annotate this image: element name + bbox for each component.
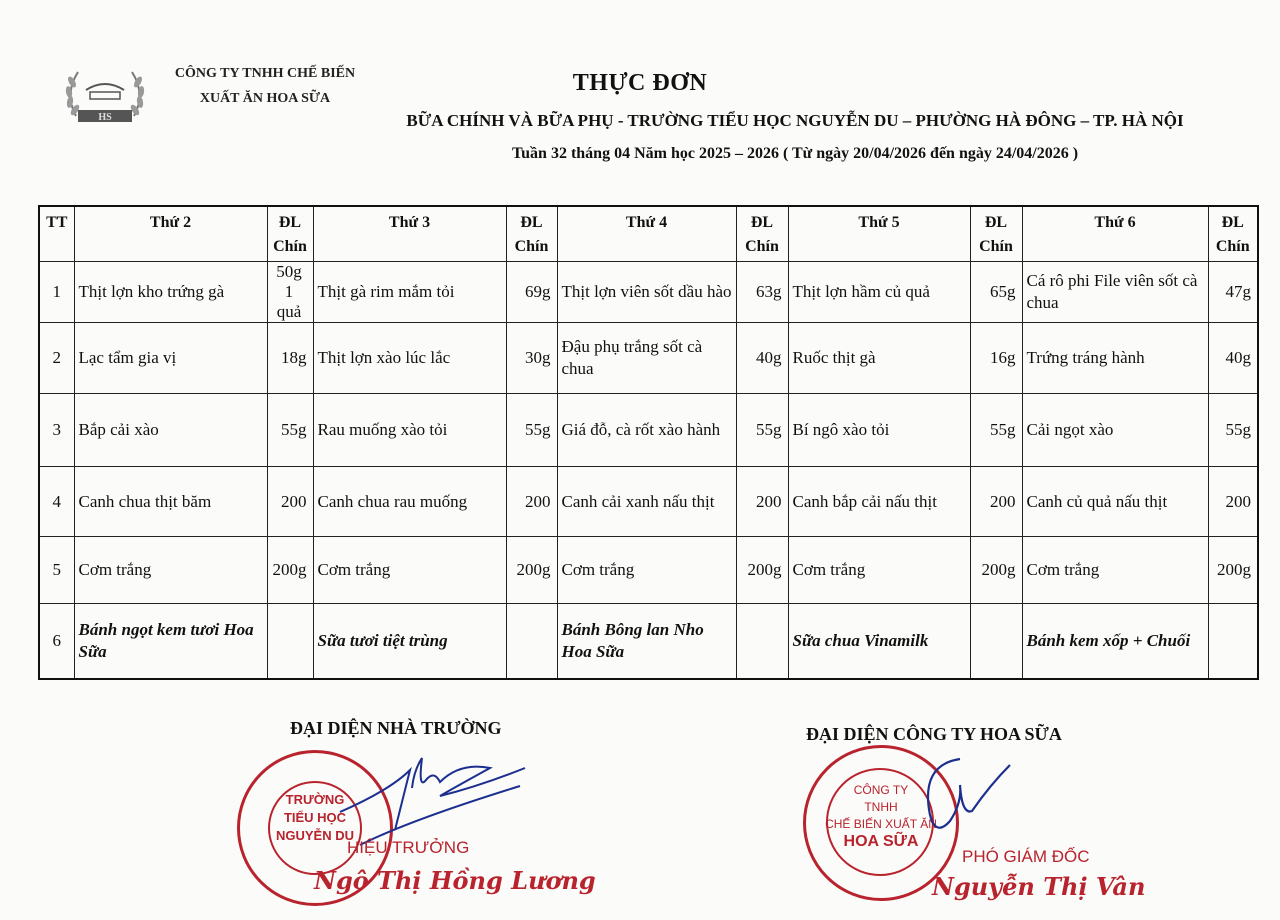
school-signer-name: Ngô Thị Hồng Lương [314, 866, 596, 895]
company-logo: HS [62, 64, 148, 132]
dish-cell: Cơm trắng [313, 537, 506, 604]
dish-cell: Thịt lợn viên sốt dầu hào [557, 262, 736, 323]
table-row: 4Canh chua thịt băm200Canh chua rau muốn… [39, 467, 1258, 537]
dish-cell: Thịt lợn hầm củ quả [788, 262, 970, 323]
row-number: 3 [39, 394, 74, 467]
column-header-day: Thứ 6 [1022, 206, 1208, 262]
quantity-cell: 50g1 quả [267, 262, 313, 323]
quantity-cell [970, 604, 1022, 680]
column-header-qty: ĐLChín [970, 206, 1022, 262]
table-row: 3Bắp cải xào55gRau muống xào tỏi55gGiá đ… [39, 394, 1258, 467]
dish-cell: Giá đỗ, cà rốt xào hành [557, 394, 736, 467]
quantity-cell: 63g [736, 262, 788, 323]
quantity-cell: 55g [267, 394, 313, 467]
quantity-cell: 40g [1208, 323, 1258, 394]
quantity-cell: 200 [1208, 467, 1258, 537]
quantity-cell [267, 604, 313, 680]
quantity-cell [506, 604, 557, 680]
table-row: 5Cơm trắng200gCơm trắng200gCơm trắng200g… [39, 537, 1258, 604]
quantity-cell: 200g [506, 537, 557, 604]
column-header-day: Thứ 5 [788, 206, 970, 262]
company-signer-role: PHÓ GIÁM ĐỐC [962, 847, 1090, 867]
quantity-cell: 200g [267, 537, 313, 604]
row-number: 2 [39, 323, 74, 394]
dish-cell: Sữa chua Vinamilk [788, 604, 970, 680]
quantity-cell: 200 [267, 467, 313, 537]
row-number: 6 [39, 604, 74, 680]
dish-cell: Thịt lợn kho trứng gà [74, 262, 267, 323]
table-row: 2Lạc tẩm gia vị18gThịt lợn xào lúc lắc30… [39, 323, 1258, 394]
menu-table: TT Thứ 2 ĐLChín Thứ 3 ĐLChín Thứ 4 ĐLChí… [38, 205, 1259, 680]
dish-cell: Canh chua thịt băm [74, 467, 267, 537]
quantity-cell: 69g [506, 262, 557, 323]
dish-cell: Canh chua rau muống [313, 467, 506, 537]
quantity-cell [736, 604, 788, 680]
company-signer-name: Nguyễn Thị Vân [932, 872, 1145, 901]
company-name-line-1: CÔNG TY TNHH CHẾ BIẾN [160, 66, 370, 82]
dish-cell: Bánh Bông lan Nho Hoa Sữa [557, 604, 736, 680]
column-header-day: Thứ 4 [557, 206, 736, 262]
column-header-qty: ĐLChín [267, 206, 313, 262]
document-title: THỰC ĐƠN [490, 70, 790, 97]
company-name-line-2: XUẤT ĂN HOA SỮA [160, 91, 370, 107]
company-representative-title: ĐẠI DIỆN CÔNG TY HOA SỮA [806, 724, 1062, 745]
dish-cell: Sữa tươi tiệt trùng [313, 604, 506, 680]
table-row: 1Thịt lợn kho trứng gà50g1 quảThịt gà ri… [39, 262, 1258, 323]
dish-cell: Trứng tráng hành [1022, 323, 1208, 394]
quantity-cell: 55g [506, 394, 557, 467]
dish-cell: Đậu phụ trắng sốt cà chua [557, 323, 736, 394]
quantity-cell: 30g [506, 323, 557, 394]
dish-cell: Cải ngọt xào [1022, 394, 1208, 467]
column-header-qty: ĐLChín [1208, 206, 1258, 262]
dish-cell: Cơm trắng [1022, 537, 1208, 604]
quantity-cell: 40g [736, 323, 788, 394]
row-number: 4 [39, 467, 74, 537]
row-number: 5 [39, 537, 74, 604]
column-header-day: Thứ 2 [74, 206, 267, 262]
dish-cell: Bí ngô xào tỏi [788, 394, 970, 467]
quantity-cell: 47g [1208, 262, 1258, 323]
week-date-range: Tuần 32 tháng 04 Năm học 2025 – 2026 ( T… [330, 145, 1260, 163]
dish-cell: Ruốc thịt gà [788, 323, 970, 394]
column-header-tt: TT [39, 206, 74, 262]
school-representative-title: ĐẠI DIỆN NHÀ TRƯỜNG [290, 718, 502, 739]
column-header-day: Thứ 3 [313, 206, 506, 262]
quantity-cell: 55g [1208, 394, 1258, 467]
quantity-cell: 200 [736, 467, 788, 537]
dish-cell: Lạc tẩm gia vị [74, 323, 267, 394]
quantity-cell: 200 [970, 467, 1022, 537]
quantity-cell: 200g [1208, 537, 1258, 604]
dish-cell: Cơm trắng [74, 537, 267, 604]
quantity-cell [1208, 604, 1258, 680]
dish-cell: Bánh ngọt kem tươi Hoa Sữa [74, 604, 267, 680]
school-signer-role: HIỆU TRƯỞNG [347, 838, 469, 858]
quantity-cell: 18g [267, 323, 313, 394]
column-header-qty: ĐLChín [736, 206, 788, 262]
quantity-cell: 200g [736, 537, 788, 604]
dish-cell: Thịt lợn xào lúc lắc [313, 323, 506, 394]
dish-cell: Cơm trắng [557, 537, 736, 604]
dish-cell: Bánh kem xốp + Chuối [1022, 604, 1208, 680]
quantity-cell: 200 [506, 467, 557, 537]
dish-cell: Bắp cải xào [74, 394, 267, 467]
dish-cell: Canh bắp cải nấu thịt [788, 467, 970, 537]
table-header-row: TT Thứ 2 ĐLChín Thứ 3 ĐLChín Thứ 4 ĐLChí… [39, 206, 1258, 262]
quantity-cell: 55g [970, 394, 1022, 467]
row-number: 1 [39, 262, 74, 323]
quantity-cell: 16g [970, 323, 1022, 394]
quantity-cell: 200g [970, 537, 1022, 604]
svg-text:HS: HS [98, 112, 112, 123]
column-header-qty: ĐLChín [506, 206, 557, 262]
quantity-cell: 55g [736, 394, 788, 467]
dish-cell: Canh cải xanh nấu thịt [557, 467, 736, 537]
dish-cell: Rau muống xào tỏi [313, 394, 506, 467]
table-row: 6Bánh ngọt kem tươi Hoa SữaSữa tươi tiệt… [39, 604, 1258, 680]
document-subtitle: BỮA CHÍNH VÀ BỮA PHỤ - TRƯỜNG TIỂU HỌC N… [330, 111, 1260, 131]
quantity-cell: 65g [970, 262, 1022, 323]
dish-cell: Cơm trắng [788, 537, 970, 604]
dish-cell: Canh củ quả nấu thịt [1022, 467, 1208, 537]
dish-cell: Thịt gà rim mắm tỏi [313, 262, 506, 323]
dish-cell: Cá rô phi File viên sốt cà chua [1022, 262, 1208, 323]
